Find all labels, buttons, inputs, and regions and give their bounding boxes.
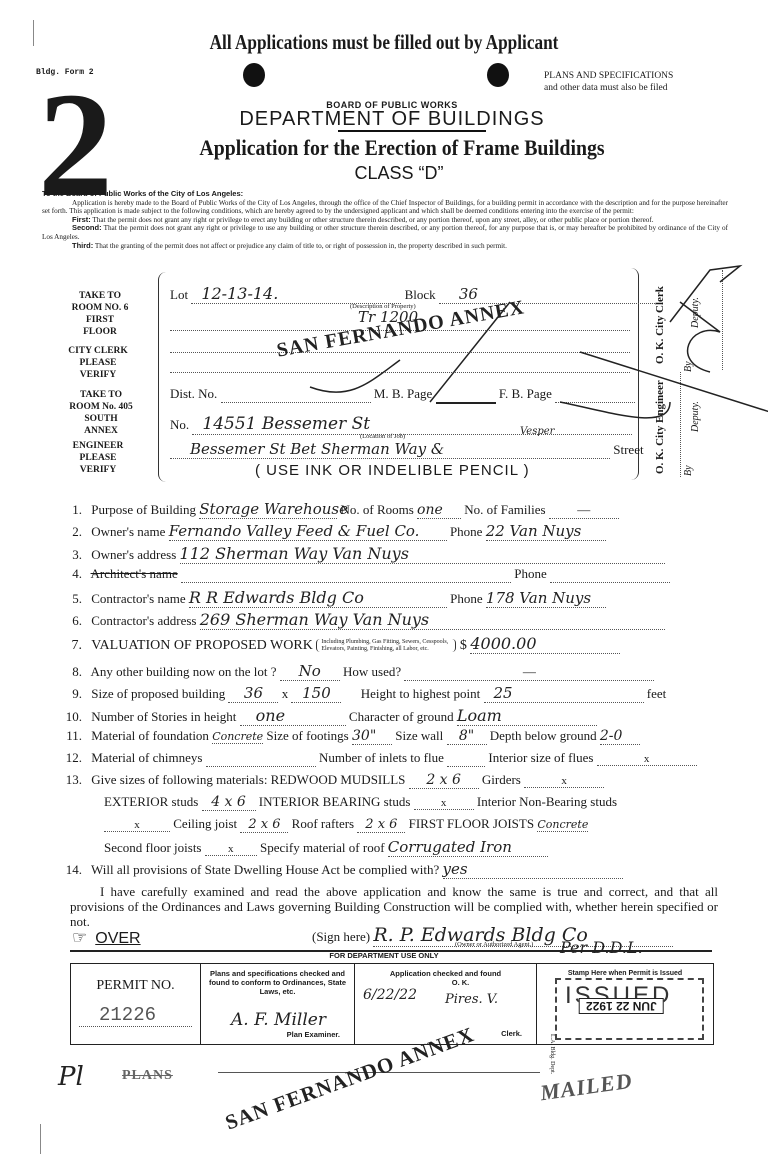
application-title: Application for the Erection of Frame Bu… [38,135,729,161]
item-number: 3. [64,547,82,563]
item-number: 9. [64,686,82,702]
salutation: To the Board of Public Works of the City… [42,190,728,199]
side-label-line: FIRST [60,314,140,326]
rooms-label: No. of Rooms [340,502,413,517]
architect-phone-value[interactable] [550,566,670,583]
size-width-value[interactable]: 36 [228,684,278,703]
item-13-studs: EXTERIOR studs 4 x 6 INTERIOR BEARING st… [104,794,617,811]
scan-edge-mark [33,20,34,46]
size-x: x [282,686,289,701]
wall-value[interactable]: 8" [447,728,487,745]
valuation-label: VALUATION OF PROPOSED WORK [91,638,313,653]
punch-hole-right [487,63,509,87]
roof-material-label: Specify material of roof [260,840,385,855]
issued-stamp: ISSUED JUN 22 1922 L.A. Bldg. Dept. [555,978,704,1040]
item-2: 2. Owner's name Fernando Valley Feed & F… [64,522,606,541]
purpose-label: Purpose of Building [91,502,196,517]
side-label-line: PLEASE [58,452,138,464]
ceiling-joist-value[interactable]: 2 x 6 [240,817,288,833]
owner-address-label: Owner's address [91,547,176,562]
item-13-joists: x Ceiling joist 2 x 6 Roof rafters 2 x 6… [104,816,588,833]
plans-notice-line1: PLANS AND SPECIFICATIONS [544,70,673,82]
purpose-value[interactable]: Storage Warehouse [199,500,337,519]
families-label: No. of Families [464,502,545,517]
contractor-phone-label: Phone [450,591,483,606]
footings-label: Size of footings [266,728,348,743]
side-label-line: ROOM No. 405 [58,401,144,413]
item-9: 9. Size of proposed building 36 x 150 He… [64,684,666,703]
item-12: 12. Material of chimneys Number of inlet… [64,750,697,767]
issued-date: JUN 22 1922 [579,998,664,1014]
contractor-phone-value[interactable]: 178 Van Nuys [486,589,606,608]
chimneys-label: Material of chimneys [91,750,202,765]
plan-examiner-signature[interactable]: A. F. Miller [231,1010,354,1030]
preamble: To the Board of Public Works of the City… [42,190,728,250]
side-label-line: TAKE TO [60,290,140,302]
side-label-line: TAKE TO [58,389,144,401]
second-floor-joists-value[interactable]: x [205,843,257,856]
department-underline [338,130,486,132]
pl-mark: Pl [58,1062,84,1092]
side-label-line: CITY CLERK [58,345,138,357]
scan-edge-mark-bottom [40,1124,41,1154]
item-10: 10. Number of Stories in height one Char… [64,706,597,726]
permit-label: PERMIT NO. [71,978,200,994]
side-label-line: ANNEX [58,425,144,437]
pen-strokes [250,262,768,482]
mudsills-value[interactable]: 2 x 6 [409,772,479,789]
declaration: I have carefully examined and read the a… [70,884,718,929]
stories-value[interactable]: one [240,706,346,726]
ground-value[interactable]: Loam [457,706,597,726]
stories-label: Number of Stories in height [91,709,236,724]
stamp-here-text: Stamp Here when Permit is Issued [537,969,713,978]
plans-notice: PLANS AND SPECIFICATIONS and other data … [544,70,673,94]
owner-address-value[interactable]: 112 Sherman Way Van Nuys [180,544,665,564]
dwelling-act-label: Will all provisions of State Dwelling Ho… [91,862,439,877]
architect-label: Architect's name [91,566,178,581]
depth-label: Depth below ground [490,728,597,743]
owner-name-label: Owner's name [91,524,165,539]
condition-second-label: Second: [72,223,102,232]
girders-value[interactable]: x [524,775,604,788]
rooms-value[interactable]: one [417,502,461,519]
side-label-line: PLEASE [58,357,138,369]
valuation-note: Including Plumbing, Gas Fitting, Sewers,… [316,639,456,652]
item-4: 4. Architect's name Phone [64,566,670,583]
owner-agent-caption: (Owner or Authorized Agent.) [455,941,533,948]
contractor-address-value[interactable]: 269 Sherman Way Van Nuys [200,610,665,630]
label-room-405: TAKE TO ROOM No. 405 SOUTH ANNEX [58,389,144,437]
condition-second-text: That the permit does not grant any right… [42,224,728,241]
other-building-value[interactable]: No [280,662,340,681]
item-number: 13. [64,772,82,788]
contractor-address-label: Contractor's address [91,613,196,628]
architect-phone-label: Phone [514,566,547,581]
chimneys-value[interactable] [206,750,316,767]
contractor-name-label: Contractor's name [91,591,185,606]
over-indicator[interactable]: ☞ OVER [72,928,141,948]
plan-examiner-label: Plan Examiner. [201,1030,340,1039]
stamp-department: L.A. Bldg. Dept. [549,1034,555,1074]
side-label-line: VERIFY [58,369,138,381]
item-11: 11. Material of foundation Concrete Size… [64,728,640,745]
class-heading: CLASS “D” [0,163,768,184]
inlets-value[interactable] [447,750,485,767]
roof-rafters-label: Roof rafters [292,816,354,831]
ceiling-joist-label: Ceiling joist [173,816,237,831]
clerk-signature: Pires. V. [445,992,498,1007]
contractor-name-value[interactable]: R R Edwards Bldg Co [189,588,447,608]
permit-cell: PERMIT NO. 21226 [71,964,201,1044]
department-table: PERMIT NO. 21226 Plans and specification… [70,963,714,1045]
footings-value[interactable]: 30" [352,728,392,745]
job-number-label: No. [170,417,189,432]
owner-phone-value[interactable]: 22 Van Nuys [486,522,606,541]
roof-material-value[interactable]: Corrugated Iron [388,838,548,857]
item-number: 4. [64,566,82,582]
clerk-label: Clerk. [501,1029,522,1038]
how-used-value[interactable]: — [404,664,654,681]
wall-label: Size wall [395,728,443,743]
label-city-clerk: CITY CLERK PLEASE VERIFY [58,345,138,381]
inlets-label: Number of inlets to flue [319,750,444,765]
item-1: 1. Purpose of Building Storage Warehouse… [64,500,619,519]
side-label-line: ENGINEER [58,440,138,452]
how-used-label: How used? [343,664,401,679]
flues-value[interactable]: x [597,753,697,766]
department-heading: DEPARTMENT OF BUILDINGS [0,108,768,131]
side-label-line: ROOM NO. 6 [60,302,140,314]
plans-notice-line2: and other data must also be filed [544,82,673,94]
interior-nonbearing-label: Interior Non-Bearing studs [477,794,617,809]
interior-bearing-value[interactable]: x [414,797,474,810]
flues-label: Interior size of flues [488,750,593,765]
item-number: 11. [64,728,82,744]
item-14: 14. Will all provisions of State Dwellin… [64,860,623,879]
sign-here-label: (Sign here) [312,929,370,944]
size-length-value[interactable]: 150 [291,684,341,703]
exterior-studs-value[interactable]: 4 x 6 [202,794,256,811]
other-building-label: Any other building now on the lot ? [91,664,277,679]
pointing-hand-icon: ☞ [72,928,87,947]
item-7: 7. VALUATION OF PROPOSED WORK Including … [64,634,620,654]
item-number: 5. [64,591,82,607]
condition-second: Second: That the permit does not grant a… [42,224,728,241]
item-number: 8. [64,664,82,680]
side-label-line: VERIFY [58,464,138,476]
interior-nonbearing-value[interactable]: x [104,819,170,832]
second-floor-joists-label: Second floor joists [104,840,202,855]
item-13: 13. Give sizes of following materials: R… [64,772,604,789]
owner-name-value[interactable]: Fernando Valley Feed & Fuel Co. [169,522,447,541]
roof-rafters-value[interactable]: 2 x 6 [357,817,405,833]
exterior-studs-label: EXTERIOR studs [104,794,198,809]
first-floor-joists-label: FIRST FLOOR JOISTS [409,816,534,831]
item-number: 14. [64,862,82,878]
item-5: 5. Contractor's name R R Edwards Bldg Co… [64,588,606,608]
plans-stamp: PLANS [122,1068,173,1084]
ground-label: Character of ground [349,709,454,724]
permit-value[interactable]: 21226 [79,1004,192,1027]
item-6: 6. Contractor's address 269 Sherman Way … [64,610,665,630]
lot-label: Lot [170,287,188,302]
ink-notice: ( USE INK OR INDELIBLE PENCIL ) [255,462,530,479]
top-notice: All Applications must be filled out by A… [69,30,699,55]
foundation-label: Material of foundation [91,728,209,743]
height-label: Height to highest point [361,686,481,701]
girders-label: Girders [482,772,521,787]
item-number: 1. [64,502,82,518]
item-number: 2. [64,524,82,540]
application-checked-text: Application checked and found [355,969,536,978]
size-label: Size of proposed building [91,686,225,701]
ok-label: O. K. [385,978,536,987]
condition-third-label: Third: [72,241,93,250]
architect-value[interactable] [181,566,511,583]
owner-phone-label: Phone [450,524,483,539]
first-floor-joists-value[interactable]: Concrete [537,818,588,832]
stamp-cell: Stamp Here when Permit is Issued ISSUED … [537,964,713,1044]
condition-third: Third: That the granting of the permit d… [42,242,728,251]
interior-bearing-label: INTERIOR BEARING studs [259,794,411,809]
left-brace [158,272,167,482]
foundation-value[interactable]: Concrete [212,730,263,744]
side-label-line: FLOOR [60,326,140,338]
feet-label: feet [647,686,666,701]
department-use-header: FOR DEPARTMENT USE ONLY [0,951,768,960]
families-value[interactable]: — [549,502,619,519]
punch-hole-left [243,63,265,87]
item-3: 3. Owner's address 112 Sherman Way Van N… [64,544,665,564]
height-value[interactable]: 25 [484,684,644,703]
item-number: 12. [64,750,82,766]
label-engineer: ENGINEER PLEASE VERIFY [58,440,138,476]
depth-value[interactable]: 2-0 [600,728,640,745]
item-number: 7. [64,638,82,654]
dwelling-act-value[interactable]: yes [443,860,623,879]
condition-third-text: That the granting of the permit does not… [95,242,507,250]
plans-checked-text: Plans and specifications checked and fou… [205,969,350,996]
label-room-6: TAKE TO ROOM NO. 6 FIRST FLOOR [60,290,140,338]
plans-checked-cell: Plans and specifications checked and fou… [201,964,355,1044]
mudsills-label: Give sizes of following materials: REDWO… [91,772,405,787]
preamble-body: Application is hereby made to the Board … [42,199,728,216]
currency-symbol: $ [460,638,467,653]
valuation-value[interactable]: 4000.00 [470,634,620,654]
side-label-line: SOUTH [58,413,144,425]
item-number: 10. [64,709,82,725]
dist-label: Dist. No. [170,386,217,401]
condition-first-text: That the permit does not grant any right… [92,216,653,224]
over-label: OVER [95,930,140,947]
item-8: 8. Any other building now on the lot ? N… [64,662,654,681]
item-number: 6. [64,613,82,629]
item-13-roof: Second floor joists x Specify material o… [104,838,548,857]
